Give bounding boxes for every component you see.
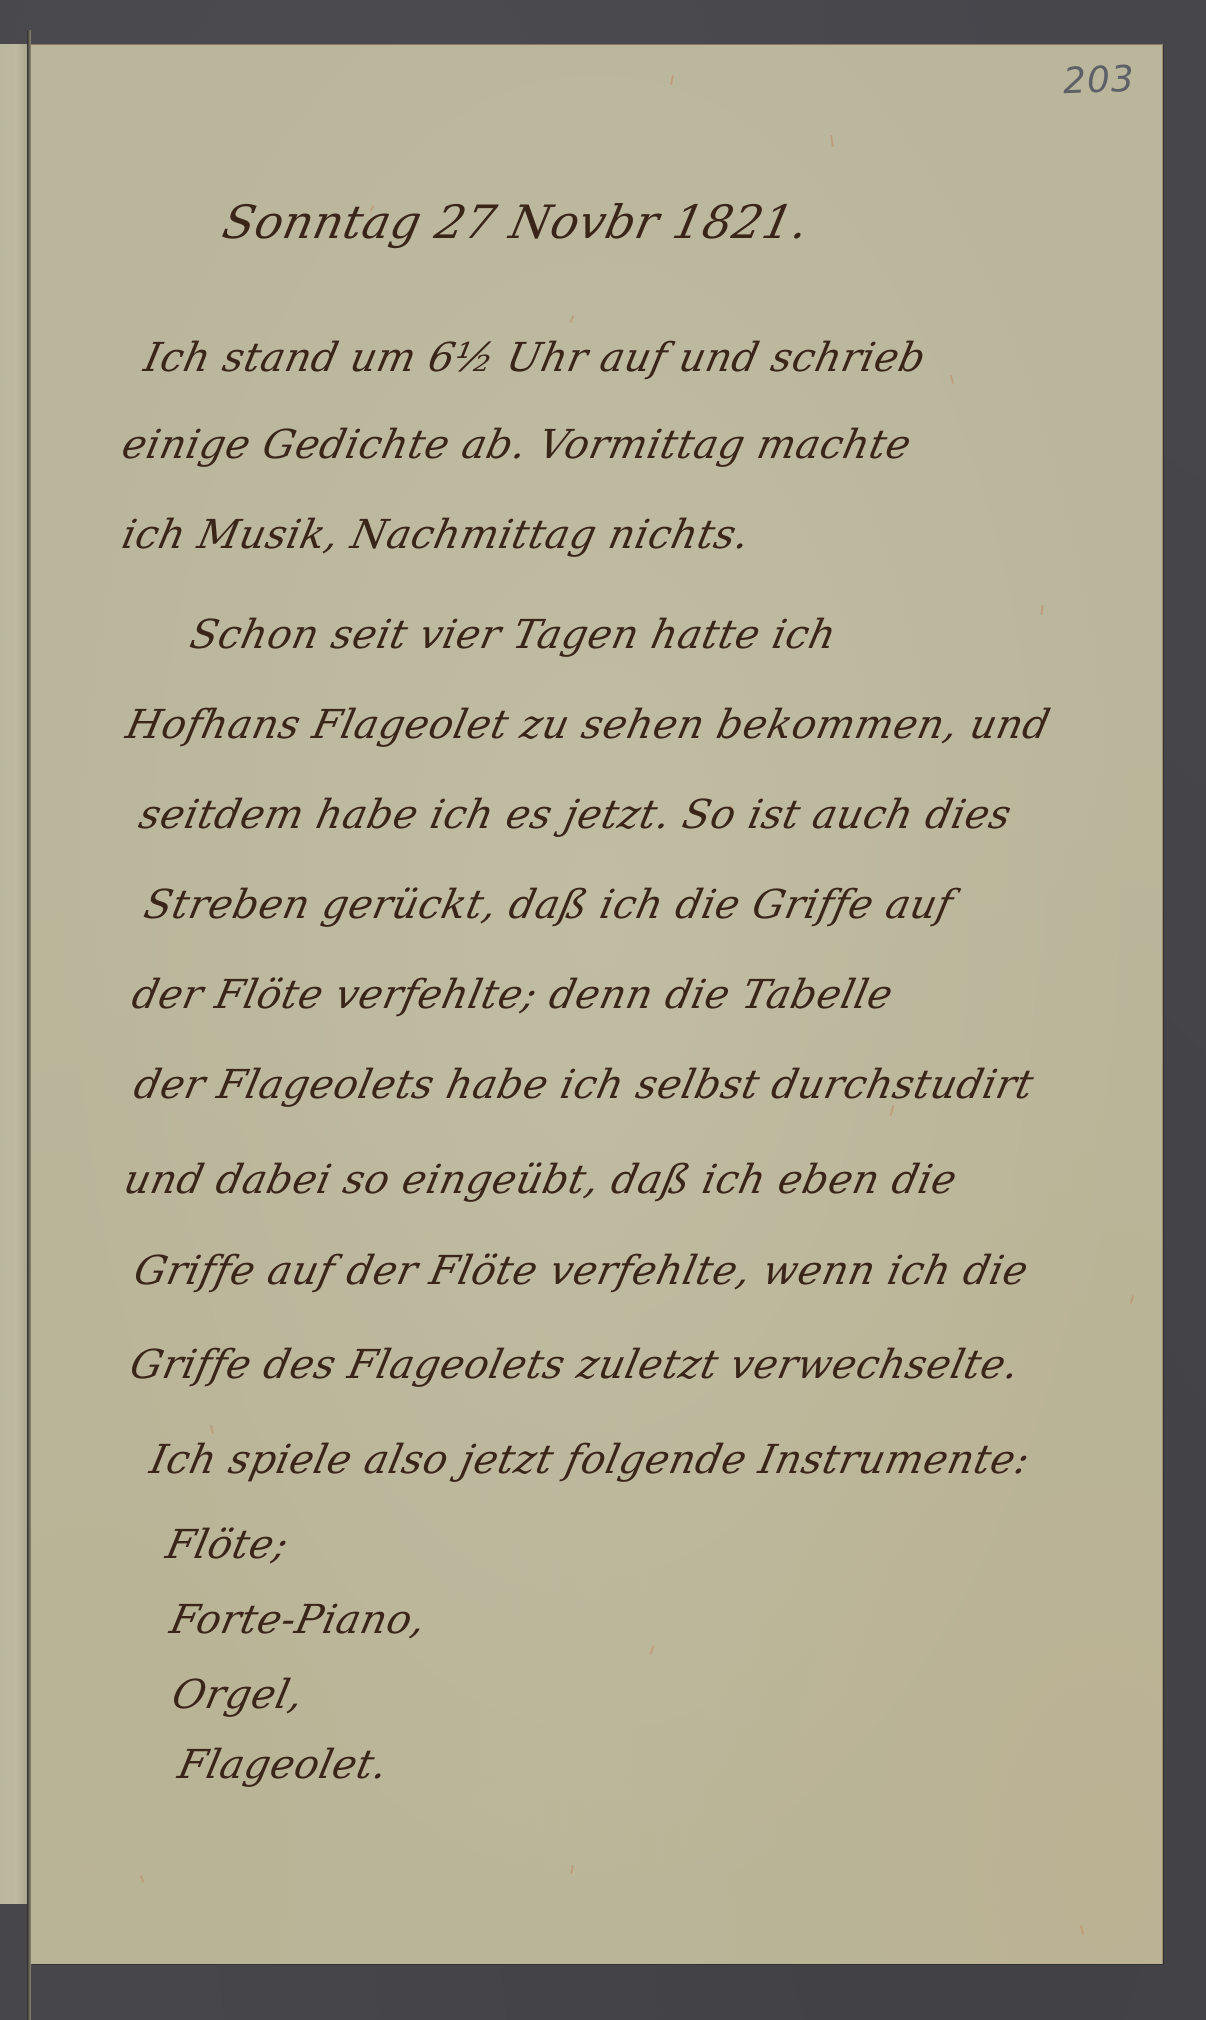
text-line-11: Griffe auf der Flöte verfehlte, wenn ich… bbox=[130, 1248, 1032, 1294]
paper-fiber bbox=[1130, 1295, 1135, 1304]
text-line-6: seitdem habe ich es jetzt. So ist auch d… bbox=[135, 792, 1016, 838]
text-line-5: Hofhans Flageolet zu sehen bekommen, und bbox=[122, 702, 1054, 748]
text-line-1: Ich stand um 6½ Uhr auf und schrieb bbox=[140, 335, 930, 381]
text-line-10: und dabei so eingeübt, daß ich eben die bbox=[120, 1157, 961, 1203]
text-line-3: ich Musik, Nachmittag nichts. bbox=[118, 512, 754, 558]
text-line-7: Streben gerückt, daß ich die Griffe auf bbox=[140, 882, 957, 928]
paper-fiber bbox=[210, 1425, 214, 1434]
text-line-12: Griffe des Flageolets zuletzt verwechsel… bbox=[126, 1342, 1023, 1388]
paper-fiber bbox=[950, 375, 954, 384]
paper-fiber bbox=[670, 75, 674, 85]
paper-fiber bbox=[649, 1645, 655, 1655]
instrument-flute: Flöte; bbox=[162, 1522, 293, 1568]
instrument-flageolet: Flageolet. bbox=[174, 1742, 392, 1788]
previous-page-edge bbox=[0, 44, 28, 1904]
paper-fiber bbox=[570, 1865, 573, 1874]
diary-date-heading: Sonntag 27 Novbr 1821. bbox=[218, 195, 814, 249]
paper-fiber bbox=[1080, 1925, 1084, 1935]
text-line-13: Ich spiele also jetzt folgende Instrumen… bbox=[146, 1437, 1034, 1483]
text-line-9: der Flageolets habe ich selbst durchstud… bbox=[130, 1062, 1038, 1108]
paper-fiber bbox=[570, 315, 575, 323]
text-line-4: Schon seit vier Tagen hatte ich bbox=[186, 612, 840, 658]
instrument-organ: Orgel, bbox=[168, 1672, 307, 1718]
paper-fiber bbox=[830, 135, 834, 147]
text-line-8: der Flöte verfehlte; denn die Tabelle bbox=[128, 972, 897, 1018]
text-line-2: einige Gedichte ab. Vormittag machte bbox=[118, 422, 915, 468]
paper-fiber bbox=[140, 1875, 144, 1883]
instrument-forte-piano: Forte-Piano, bbox=[166, 1597, 430, 1643]
paper-fiber bbox=[1041, 605, 1044, 615]
folio-number: 203 bbox=[1062, 59, 1135, 102]
